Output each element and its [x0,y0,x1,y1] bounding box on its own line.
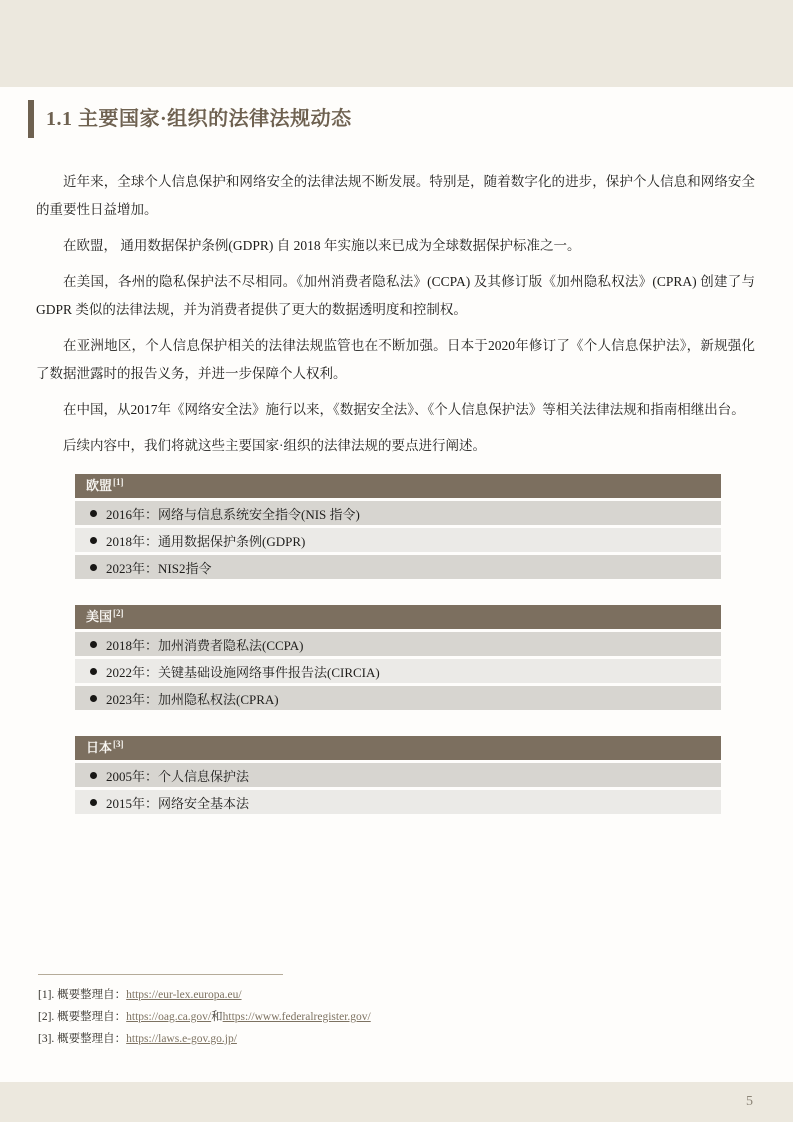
table-row-text: 2022年：关键基础设施网络事件报告法(CIRCIA) [106,662,380,681]
page-top-band [0,0,793,87]
table-row: 2018年：加州消费者隐私法(CCPA) [75,632,721,656]
footnote-label: [1]. 概要整理自： [38,989,126,1001]
table-row-text: 2018年：加州消费者隐私法(CCPA) [106,635,303,654]
table-row: 2005年：个人信息保护法 [75,763,721,787]
table-header-label: 欧盟 [86,478,112,493]
table-row-text: 2023年：NIS2指令 [106,558,211,577]
section-title: 1.1 主要国家·组织的法律法规动态 [28,100,755,138]
japan-law-table: 日本[3] 2005年：个人信息保护法 2015年：网络安全基本法 [75,736,721,814]
us-law-table: 美国[2] 2018年：加州消费者隐私法(CCPA) 2022年：关键基础设施网… [75,605,721,710]
eu-law-table: 欧盟[1] 2016年：网络与信息系统安全指令(NIS 指令) 2018年：通用… [75,474,721,579]
paragraph: 后续内容中，我们将就这些主要国家·组织的法律法规的要点进行阐述。 [36,432,755,460]
footnote-link[interactable]: https://www.federalregister.gov/ [223,1011,371,1023]
footnote-link[interactable]: https://laws.e-gov.go.jp/ [126,1033,237,1045]
table-header-label: 日本 [86,740,112,755]
footnote-label: [3]. 概要整理自： [38,1033,126,1045]
bullet-icon [90,695,97,702]
table-header-us: 美国[2] [75,605,721,629]
paragraph: 在美国，各州的隐私保护法不尽相同。《加州消费者隐私法》(CCPA) 及其修订版《… [36,268,755,324]
table-row-text: 2015年：网络安全基本法 [106,793,249,812]
footnote-divider [38,974,283,975]
paragraph: 在亚洲地区，个人信息保护相关的法律法规监管也在不断加强。日本于2020年修订了《… [36,332,755,388]
table-header-eu: 欧盟[1] [75,474,721,498]
page-number: 5 [746,1094,753,1110]
footnote-ref-marker: [3] [113,739,124,749]
footnote-ref-marker: [2] [113,608,124,618]
paragraph: 在中国，从2017年《网络安全法》施行以来，《数据安全法》、《个人信息保护法》等… [36,396,755,424]
footnotes: [1]. 概要整理自：https://eur-lex.europa.eu/ [2… [38,974,371,1050]
bullet-icon [90,537,97,544]
table-row-text: 2023年：加州隐私权法(CPRA) [106,689,279,708]
table-row: 2023年：加州隐私权法(CPRA) [75,686,721,710]
paragraph: 近年来，全球个人信息保护和网络安全的法律法规不断发展。特别是，随着数字化的进步，… [36,168,755,224]
footnote-ref-marker: [1] [113,477,124,487]
table-row: 2016年：网络与信息系统安全指令(NIS 指令) [75,501,721,525]
bullet-icon [90,641,97,648]
footnote-link[interactable]: https://oag.ca.gov/ [126,1011,211,1023]
table-header-label: 美国 [86,609,112,624]
bullet-icon [90,510,97,517]
footnote-label: [2]. 概要整理自： [38,1011,126,1023]
bullet-icon [90,799,97,806]
page-content: 1.1 主要国家·组织的法律法规动态 近年来，全球个人信息保护和网络安全的法律法… [0,87,793,814]
bullet-icon [90,668,97,675]
footnote-link[interactable]: https://eur-lex.europa.eu/ [126,989,241,1001]
table-row: 2022年：关键基础设施网络事件报告法(CIRCIA) [75,659,721,683]
table-row: 2023年：NIS2指令 [75,555,721,579]
page-bottom-band: 5 [0,1082,793,1122]
body-text: 近年来，全球个人信息保护和网络安全的法律法规不断发展。特别是，随着数字化的进步，… [36,168,755,460]
table-row: 2015年：网络安全基本法 [75,790,721,814]
bullet-icon [90,564,97,571]
bullet-icon [90,772,97,779]
table-row: 2018年：通用数据保护条例(GDPR) [75,528,721,552]
footnote-separator: 和 [211,1011,223,1023]
table-row-text: 2018年：通用数据保护条例(GDPR) [106,531,305,550]
table-row-text: 2005年：个人信息保护法 [106,766,249,785]
document-page: 1.1 主要国家·组织的法律法规动态 近年来，全球个人信息保护和网络安全的法律法… [0,0,793,1122]
footnote-3: [3]. 概要整理自：https://laws.e-gov.go.jp/ [38,1028,371,1050]
paragraph: 在欧盟， 通用数据保护条例(GDPR) 自 2018 年实施以来已成为全球数据保… [36,232,755,260]
table-row-text: 2016年：网络与信息系统安全指令(NIS 指令) [106,504,360,523]
table-header-japan: 日本[3] [75,736,721,760]
footnote-1: [1]. 概要整理自：https://eur-lex.europa.eu/ [38,984,371,1006]
footnote-2: [2]. 概要整理自：https://oag.ca.gov/和https://w… [38,1006,371,1028]
